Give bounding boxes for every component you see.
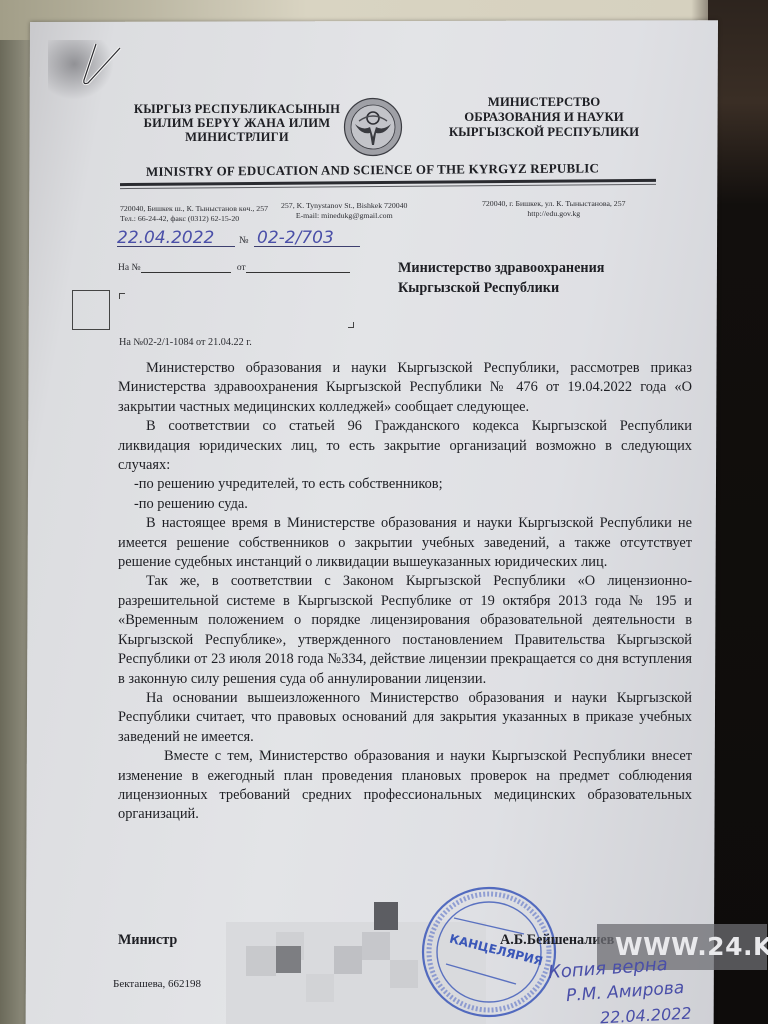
paragraph: На основании вышеизложенного Министерств… <box>118 689 692 747</box>
address-kyrgyz: 720040, Бишкек ш., К. Тыныстанов көч., 2… <box>120 204 268 224</box>
registration-number-label: № <box>239 235 249 246</box>
letterhead-kg-line: КЫРГЫЗ РЕСПУБЛИКАСЫНЫН <box>120 102 354 116</box>
paragraph: Министерство образования и науки Кыргызс… <box>118 359 692 417</box>
address-russian: 720040, г. Бишкек, ул. К. Тыныстанова, 2… <box>482 199 626 219</box>
letterhead-russian-name: МИНИСТЕРСТВО ОБРАЗОВАНИЯ И НАУКИ КЫРГЫЗС… <box>428 95 660 140</box>
list-item: -по решению суда. <box>118 495 692 514</box>
letterhead-ru-line: МИНИСТЕРСТВО <box>428 95 660 110</box>
official-stamp: КАНЦЕЛЯРИЯ <box>418 880 560 1020</box>
corner-mark <box>119 293 125 299</box>
signatory-title: Министр <box>118 932 177 949</box>
from-label: от <box>237 263 246 273</box>
number-underline <box>254 246 360 247</box>
paragraph: В настоящее время в Министерстве образов… <box>118 514 692 572</box>
address-english: 257, K. Tynystanov St., Bishkek 720040 E… <box>281 201 407 221</box>
paperclip-icon <box>78 42 124 87</box>
reply-to-blank <box>141 272 231 273</box>
letterhead-kyrgyz-name: КЫРГЫЗ РЕСПУБЛИКАСЫНЫН БИЛИМ БЕРҮҮ ЖАНА … <box>120 102 354 144</box>
paragraph: Так же, в соответствии с Законом Кыргызс… <box>118 572 692 688</box>
paragraph: В соответствии со статьей 96 Гражданског… <box>118 417 692 475</box>
reference-line: На №02-2/1-1084 от 21.04.22 г. <box>119 337 252 348</box>
address-line: 257, K. Tynystanov St., Bishkek 720040 <box>281 201 407 211</box>
from-blank <box>246 272 350 273</box>
email: E-mail: minedukg@gmail.com <box>281 211 407 221</box>
kyrgyz-emblem-icon <box>343 97 403 157</box>
registration-box <box>72 290 110 330</box>
address-line: 720040, Бишкек ш., К. Тыныстанов көч., 2… <box>120 204 268 214</box>
addressee: Министерство здравоохранения Кыргызской … <box>398 258 604 298</box>
website: http://edu.gov.kg <box>482 209 626 219</box>
address-line: 720040, г. Бишкек, ул. К. Тыныстанова, 2… <box>482 199 626 209</box>
executor-contact: Бекташева, 662198 <box>113 978 201 990</box>
reply-to-label: На № <box>118 263 141 273</box>
letter-body: Министерство образования и науки Кыргызс… <box>118 359 692 825</box>
letterhead-kg-line: МИНИСТРЛИГИ <box>120 130 354 144</box>
phone-fax: Тел.: 66-24-42, факс (0312) 62-15-20 <box>120 214 268 224</box>
list-item: -по решению учредителей, то есть собстве… <box>118 475 692 494</box>
date-underline <box>117 246 235 247</box>
paragraph: Вместе с тем, Министерство образования и… <box>118 747 692 825</box>
letterhead-ru-line: ОБРАЗОВАНИЯ И НАУКИ <box>428 110 660 125</box>
reply-to-field: На № от <box>118 263 350 273</box>
registration-date: 22.04.2022 <box>117 228 214 248</box>
addressee-line: Кыргызской Республики <box>398 278 604 298</box>
letterhead-ru-line: КЫРГЫЗСКОЙ РЕСПУБЛИКИ <box>428 125 660 140</box>
letterhead-kg-line: БИЛИМ БЕРҮҮ ЖАНА ИЛИМ <box>120 116 354 130</box>
addressee-line: Министерство здравоохранения <box>398 258 604 278</box>
registration-number: 02-2/703 <box>257 228 334 248</box>
certification-date: 22.04.2022 <box>600 1004 692 1024</box>
corner-mark <box>348 322 354 328</box>
